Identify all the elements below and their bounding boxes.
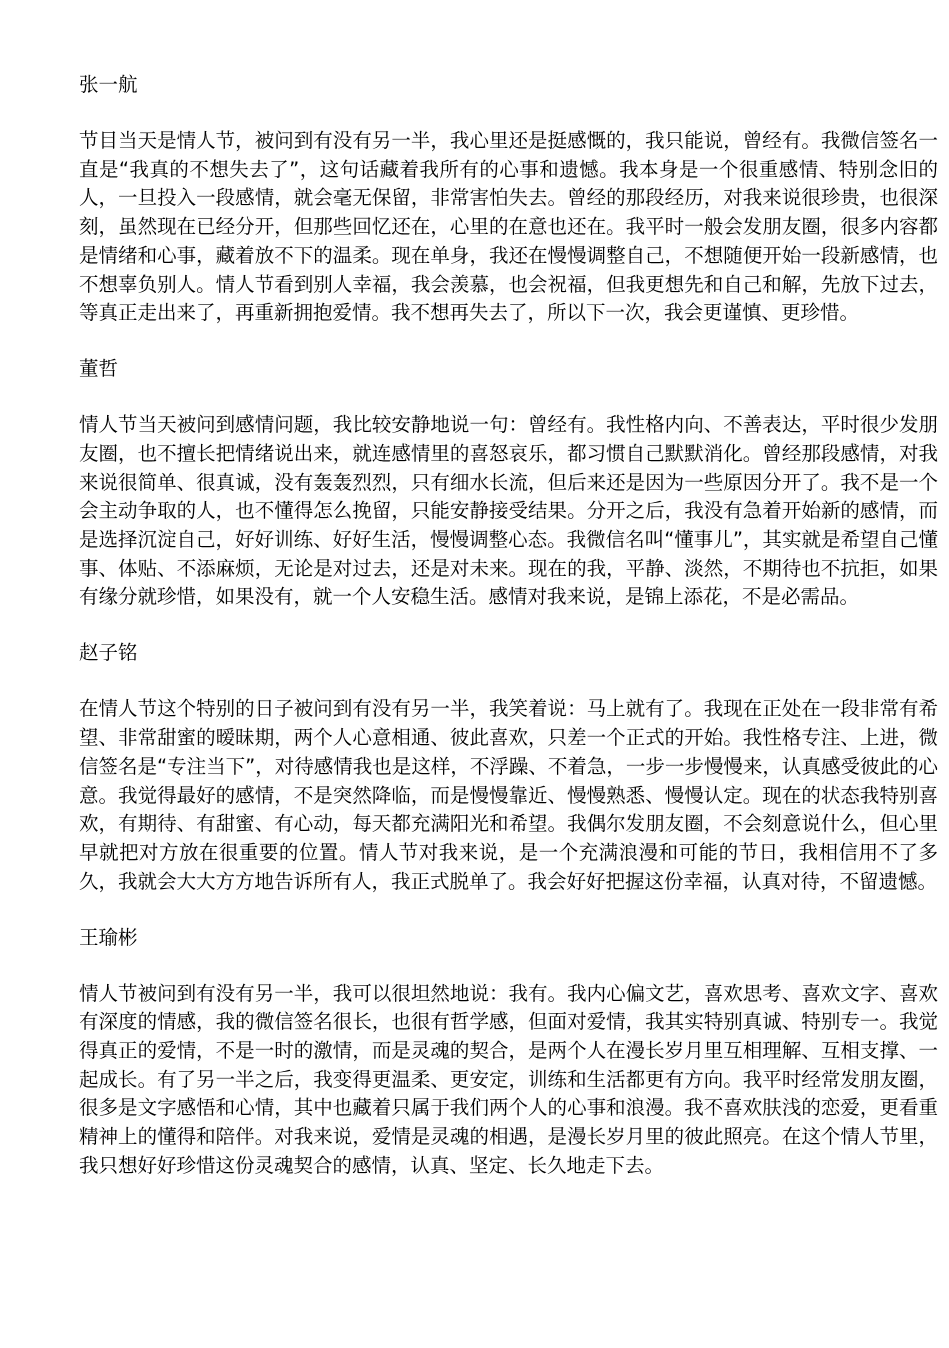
document-page: 张一航 节目当天是情人节，被问到有没有另一半，我心里还是挺感慨的，我只能说，曾经… [0,0,949,1348]
interview-section: 张一航 节目当天是情人节，被问到有没有另一半，我心里还是挺感慨的，我只能说，曾经… [79,71,938,328]
person-statement: 情人节当天被问到感情问题，我比较安静地说一句：曾经有。我性格内向、不善表达，平时… [79,411,938,612]
person-name: 张一航 [79,71,938,100]
interview-section: 赵子铭 在情人节这个特别的日子被问到有没有另一半，我笑着说：马上就有了。我现在正… [79,639,938,896]
person-statement: 节目当天是情人节，被问到有没有另一半，我心里还是挺感慨的，我只能说，曾经有。我微… [79,127,938,328]
person-name: 赵子铭 [79,639,938,668]
person-name: 王瑜彬 [79,924,938,953]
interview-section: 王瑜彬 情人节被问到有没有另一半，我可以很坦然地说：我有。我内心偏文艺，喜欢思考… [79,924,938,1181]
interview-section: 董哲 情人节当天被问到感情问题，我比较安静地说一句：曾经有。我性格内向、不善表达… [79,355,938,612]
person-statement: 情人节被问到有没有另一半，我可以很坦然地说：我有。我内心偏文艺，喜欢思考、喜欢文… [79,980,938,1181]
person-name: 董哲 [79,355,938,384]
person-statement: 在情人节这个特别的日子被问到有没有另一半，我笑着说：马上就有了。我现在正处在一段… [79,695,938,896]
